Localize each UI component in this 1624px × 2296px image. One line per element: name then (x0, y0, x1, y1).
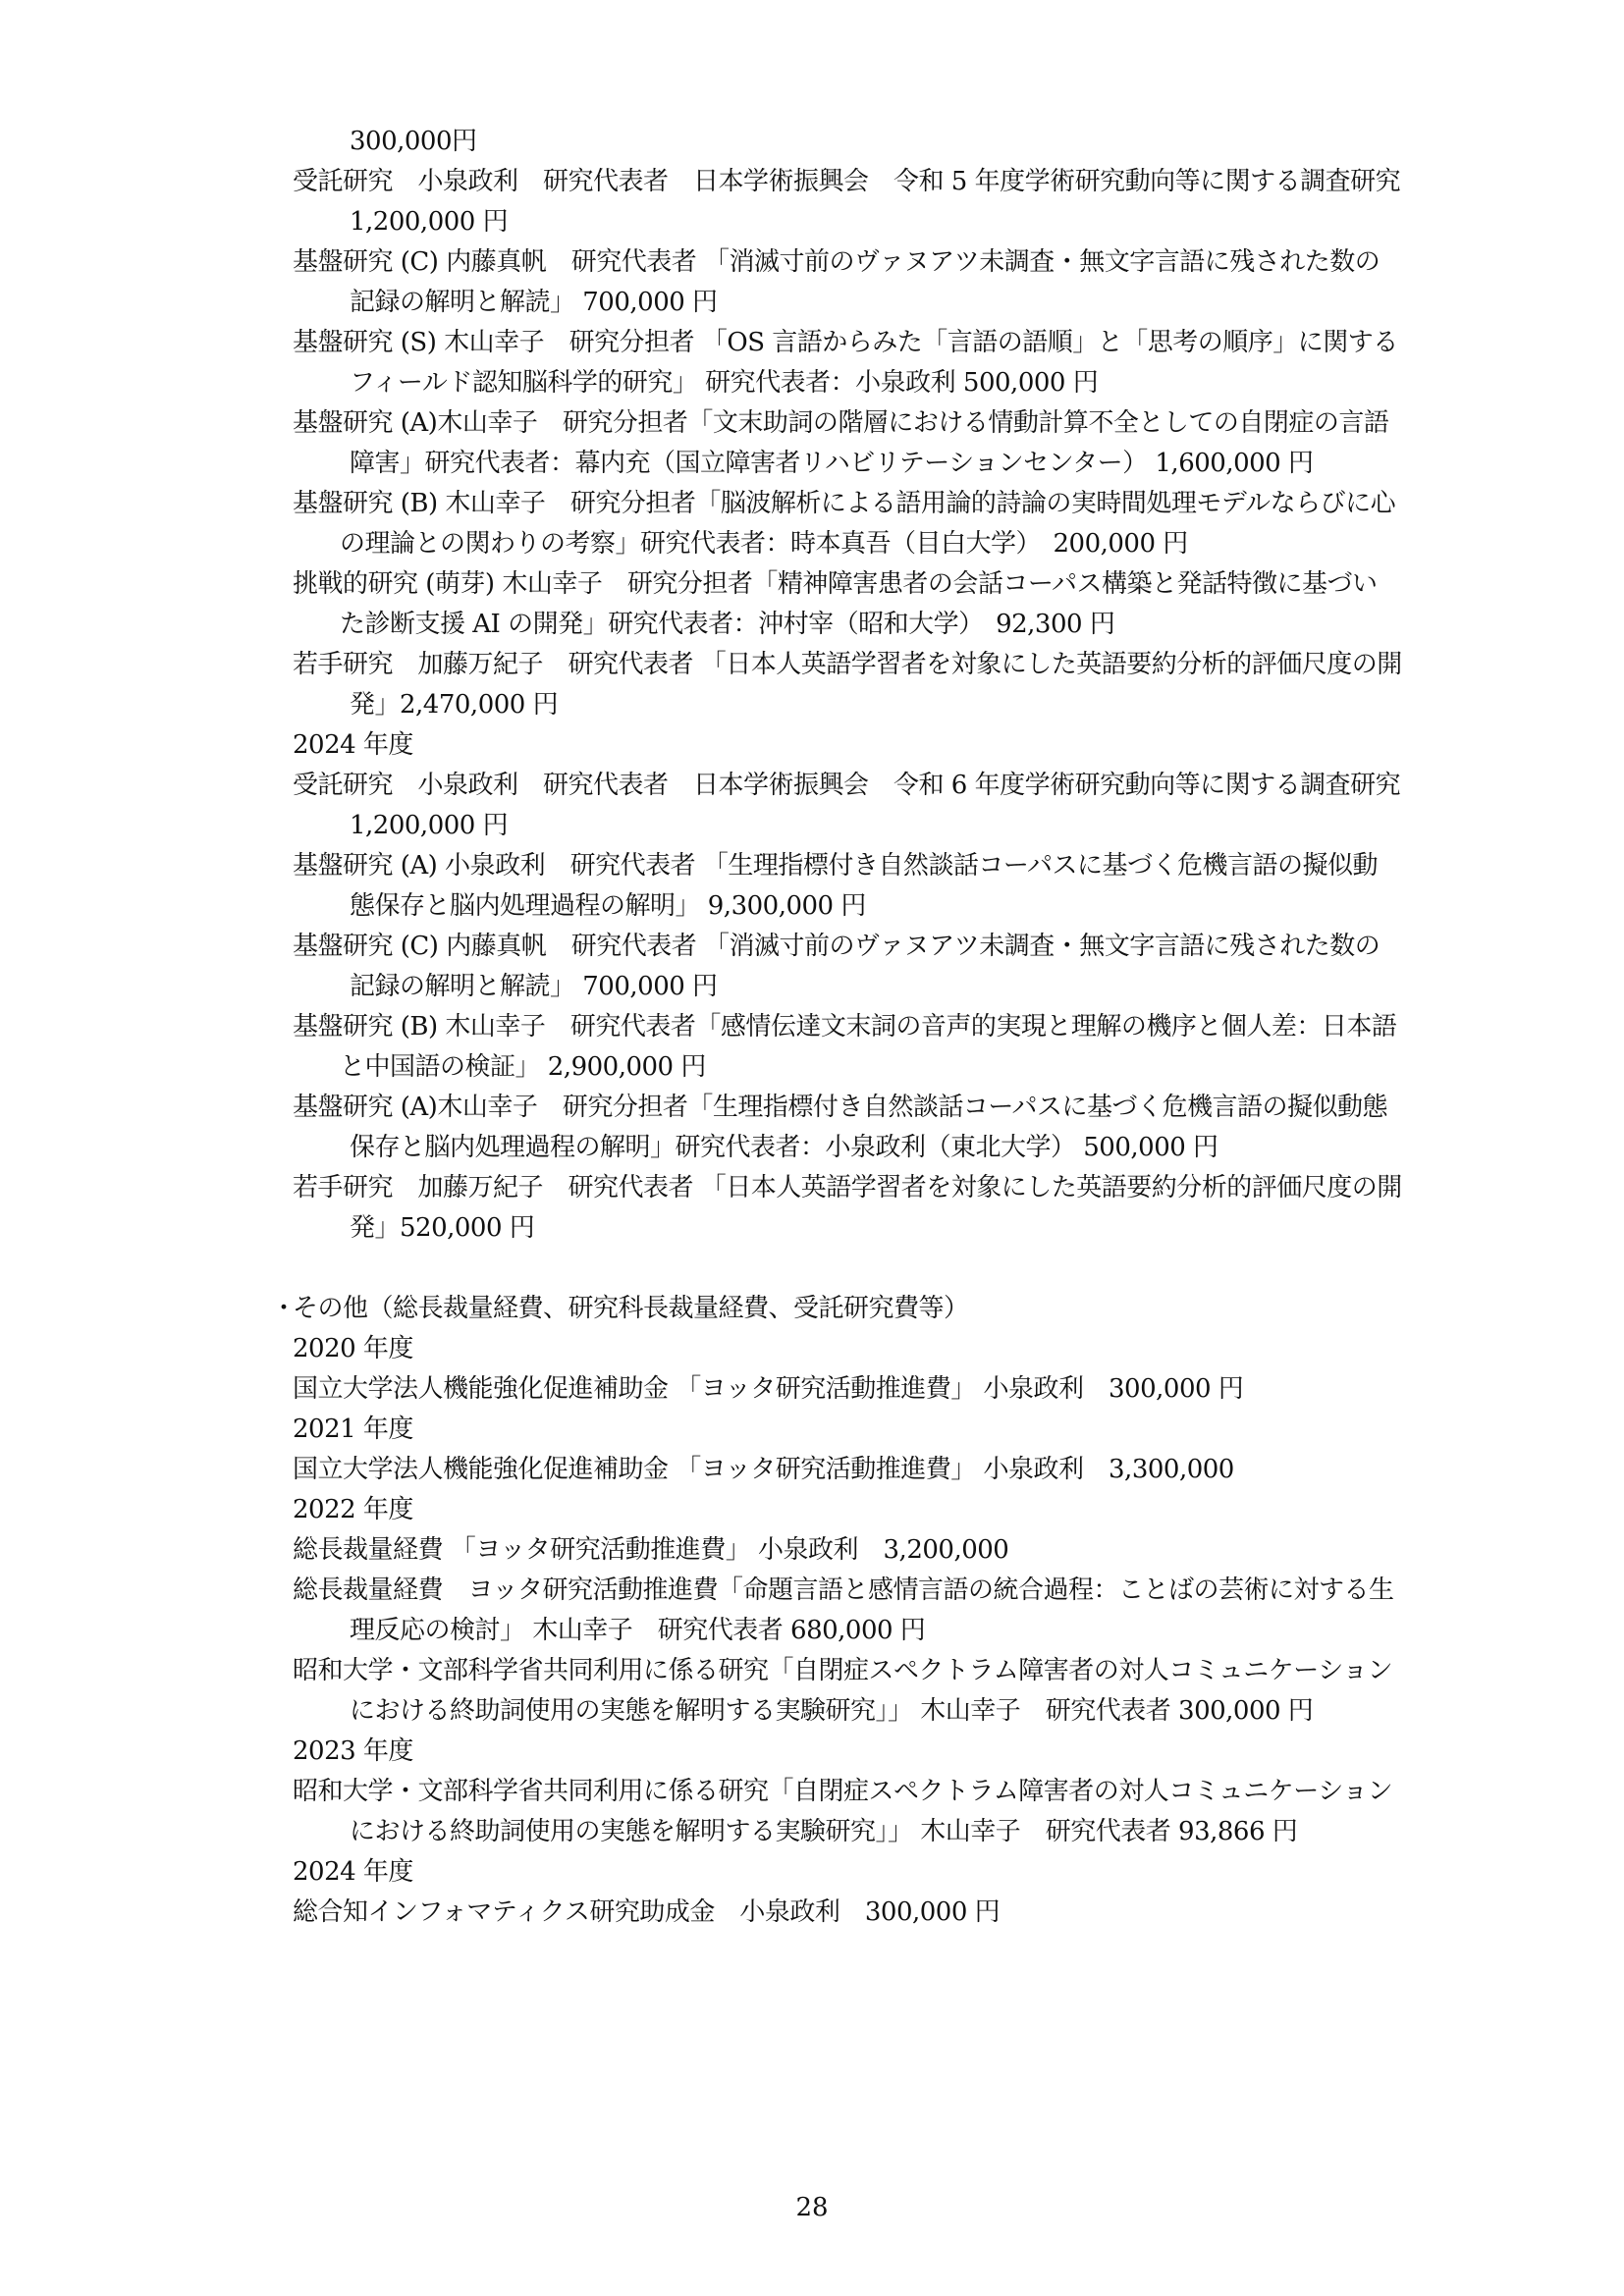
bullet-icon: ・ (271, 1289, 293, 1329)
fiscal-year-heading: 2024 年度 (293, 725, 1402, 766)
grant-entry: 基盤研究 (C) 内藤真帆 研究代表者 「消滅寸前のヴァヌアツ未調査・無文字言語… (293, 242, 1402, 323)
grant-entry: 若手研究 加藤万紀子 研究代表者 「日本人英語学習者を対象にした英語要約分析的評… (293, 645, 1402, 725)
grant-entry: 受託研究 小泉政利 研究代表者 日本学術振興会 令和 6 年度学術研究動向等に関… (293, 766, 1402, 846)
grant-entry: 基盤研究 (A) 小泉政利 研究代表者 「生理指標付き自然談話コーパスに基づく危… (293, 846, 1402, 927)
fiscal-year-heading: 2022 年度 (293, 1490, 1402, 1530)
page-number: 28 (0, 2193, 1624, 2222)
fiscal-year-heading: 2024 年度 (293, 1852, 1402, 1893)
grant-entry: 基盤研究 (B) 木山幸子 研究代表者「感情伝達文末詞の音声的実現と理解の機序と… (293, 1007, 1402, 1088)
funding-entry: 総合知インフォマティクス研究助成金 小泉政利 300,000 円 (293, 1893, 1402, 1933)
grant-entry: 受託研究 小泉政利 研究代表者 日本学術振興会 令和 5 年度学術研究動向等に関… (293, 162, 1402, 242)
fiscal-year-heading: 2023 年度 (293, 1732, 1402, 1772)
grant-entry: 基盤研究 (A)木山幸子 研究分担者「文末助詞の階層における情動計算不全としての… (293, 403, 1402, 484)
grant-entry: 基盤研究 (S) 木山幸子 研究分担者 「OS 言語からみた「言語の語順」と「思… (293, 323, 1402, 403)
grant-entry: 基盤研究 (B) 木山幸子 研究分担者「脳波解析による語用論的詩論の実時間処理モ… (293, 484, 1402, 564)
section-heading-text: その他（総長裁量経費、研究科長裁量経費、受託研究費等） (293, 1294, 969, 1323)
fiscal-year-heading: 2020 年度 (293, 1329, 1402, 1369)
grant-entry: 若手研究 加藤万紀子 研究代表者 「日本人英語学習者を対象にした英語要約分析的評… (293, 1168, 1402, 1249)
grant-entry: 基盤研究 (C) 内藤真帆 研究代表者 「消滅寸前のヴァヌアツ未調査・無文字言語… (293, 927, 1402, 1007)
funding-entry: 総長裁量経費 ヨッタ研究活動推進費「命題言語と感情言語の統合過程：ことばの芸術に… (293, 1571, 1402, 1651)
fiscal-year-heading: 2021 年度 (293, 1410, 1402, 1450)
grant-entry: 基盤研究 (A)木山幸子 研究分担者「生理指標付き自然談話コーパスに基づく危機言… (293, 1088, 1402, 1168)
funding-entry: 総長裁量経費 「ヨッタ研究活動推進費」 小泉政利 3,200,000 (293, 1530, 1402, 1571)
funding-entry: 昭和大学・文部科学省共同利用に係る研究「自閉症スペクトラム障害者の対人コミュニケ… (293, 1651, 1402, 1732)
funding-entry: 国立大学法人機能強化促進補助金 「ヨッタ研究活動推進費」 小泉政利 300,00… (293, 1369, 1402, 1410)
section-heading-other: ・その他（総長裁量経費、研究科長裁量経費、受託研究費等） (271, 1289, 1402, 1329)
page-content: 300,000円 受託研究 小泉政利 研究代表者 日本学術振興会 令和 5 年度… (293, 122, 1402, 1933)
continued-amount: 300,000円 (293, 122, 1402, 162)
grant-entry: 挑戦的研究 (萌芽) 木山幸子 研究分担者「精神障害患者の会話コーパス構築と発話… (293, 564, 1402, 645)
section-spacer (293, 1249, 1402, 1289)
document-page: 300,000円 受託研究 小泉政利 研究代表者 日本学術振興会 令和 5 年度… (0, 0, 1624, 2296)
funding-entry: 国立大学法人機能強化促進補助金 「ヨッタ研究活動推進費」 小泉政利 3,300,… (293, 1450, 1402, 1490)
funding-entry: 昭和大学・文部科学省共同利用に係る研究「自閉症スペクトラム障害者の対人コミュニケ… (293, 1772, 1402, 1852)
